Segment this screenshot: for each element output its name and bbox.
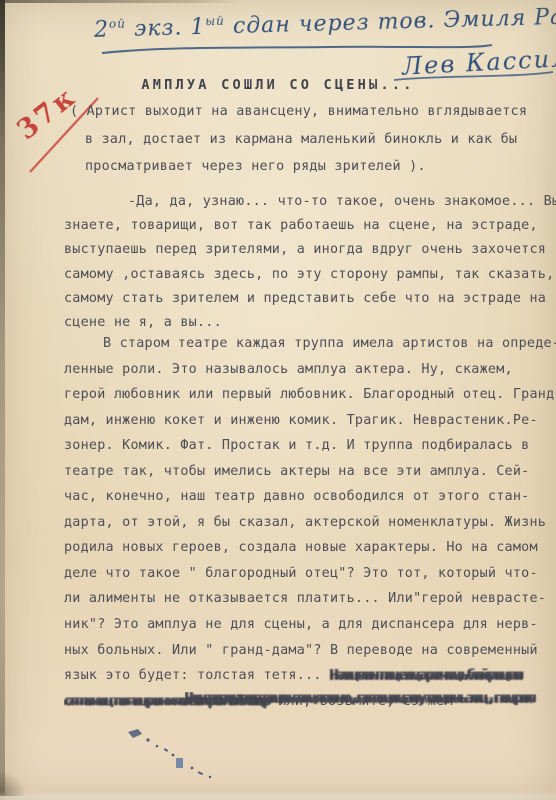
typed-line: В старом театре каждая труппа имела арти… (64, 331, 556, 357)
typed-line: родила новых героев, создала новые харак… (64, 535, 556, 561)
typed-line: язык это будет: толстая тетя... Нашцпшнт… (64, 663, 556, 689)
typed-line: ли алименты не отказывается платить... И… (64, 586, 556, 612)
typed-line: ник"? Это амплуа не для сцены, а для дис… (64, 612, 556, 638)
handwritten-note-text: сдан через тов. Эмиля Радова (225, 3, 556, 39)
typed-line: дарта, от этой, я бы сказал, актерской н… (64, 510, 556, 536)
crossed-out-line: Чшнтшпшцршптшцшнтшцяпшню,гштшцшцашутшцшн… (185, 692, 547, 706)
handwritten-superscript: ой (109, 16, 126, 30)
monologue-paragraph-2: В старом театре каждая труппа имела арти… (64, 331, 556, 714)
typed-line: самому ,оставаясь здесь, по эту сторону … (64, 263, 556, 287)
handwritten-note: 2ой экз. 1ый сдан через тов. Эмиля Радов… (94, 3, 556, 43)
typed-line: зонер. Комик. Фат. Простак и т.д. И труп… (64, 433, 556, 459)
typed-line: -Да, да, узнаю... что-то такое, очень зн… (64, 190, 556, 214)
typed-text: язык это будет: толстая тетя... (64, 668, 330, 683)
stage-direction-paragraph: ( Артист выходит на авансцену, вниматель… (70, 98, 556, 181)
typed-line: Чшнтшпшцршптшцшнтшцяпшню,гштшцшцашутшцшн… (185, 692, 547, 706)
handwritten-superscript: ый (205, 14, 225, 29)
scan-edge-bottom (0, 791, 556, 800)
document-title: АМПЛУА СОШЛИ СО СЦЕНЫ... (0, 77, 556, 93)
typed-line: дам, инженю кокет и инженю комик. Трагик… (64, 408, 556, 434)
typed-line: самому стать зрителем и представить себе… (64, 287, 556, 311)
typed-line: ( Артист выходит на авансцену, вниматель… (70, 98, 556, 126)
typed-line: час, конечно, наш театр давно освободилс… (64, 484, 556, 510)
ink-smudge (128, 729, 211, 778)
handwritten-note-text: экз. (126, 15, 191, 42)
scan-corner-shadow (0, 770, 26, 796)
typed-line: ных больных. Или " гранд-дама"? В перево… (64, 638, 556, 664)
handwritten-note-text: 1 (190, 15, 206, 40)
scan-edge-top (0, 0, 240, 3)
typed-line: просматривает через него ряды зрителей )… (70, 153, 556, 181)
scan-edge-left (0, 0, 5, 800)
overstruck-text: Нашцпшнтшцешцаршчшцъбшйршцпш (330, 668, 522, 683)
handwritten-note-text: 2 (94, 17, 110, 42)
overstruck-text: Чшнтшпшцршптшцшнтшцяпшню,гштшцшцашутшцшн… (185, 692, 535, 706)
typed-line: герой любовник или первый любовник. Благ… (64, 382, 556, 408)
typed-line: знаете, товарищи, вот так работаешь на с… (64, 214, 556, 238)
typed-line: в зал, достает из кармана маленький бино… (70, 126, 556, 154)
typed-line: ленные роли. Это называлось амплуа актер… (64, 357, 556, 383)
typed-line: выступаешь перед зрителями, а иногда вдр… (64, 238, 556, 262)
typed-line: деле что такое " благородный отец"? Это … (64, 561, 556, 587)
handwritten-signature: Лев Кассиль (401, 43, 556, 80)
monologue-paragraph-1: -Да, да, узнаю... что-то такое, очень зн… (64, 190, 556, 335)
typed-line: театре так, чтобы имелись актеры на все … (64, 459, 556, 485)
scanned-typescript-page: 2ой экз. 1ый сдан через тов. Эмиля Радов… (0, 0, 556, 800)
